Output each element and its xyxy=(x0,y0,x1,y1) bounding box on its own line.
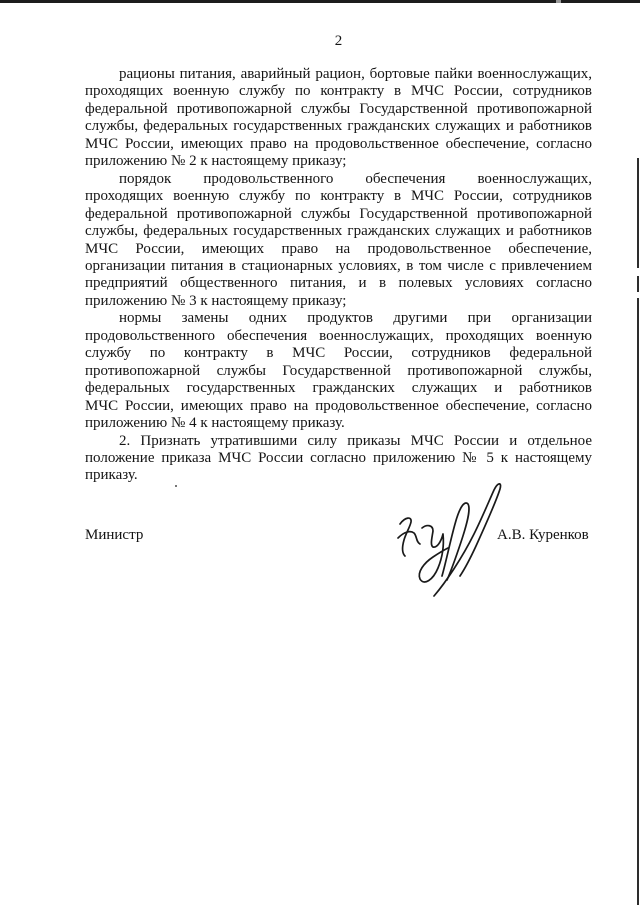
text-line: МЧС России, имеющих право на продовольст… xyxy=(85,136,592,153)
page-number: 2 xyxy=(85,33,592,50)
text-line: проходящих военную службу по контракту в… xyxy=(85,83,592,100)
text-line: службы, федеральных государственных граж… xyxy=(85,223,592,240)
text-line: продовольственного обеспечения военнослу… xyxy=(85,328,592,345)
scan-artifact-speck xyxy=(175,485,177,487)
text-line: организации питания в стационарных услов… xyxy=(85,258,592,275)
text-line: нормы замены одних продуктов другими при… xyxy=(85,310,592,327)
scanned-document-page: 2 рационы питания, аварийный рацион, бор… xyxy=(0,0,640,905)
text-line: приказу. xyxy=(85,467,592,484)
scan-artifact-top-edge xyxy=(0,0,640,3)
paragraph: нормы замены одних продуктов другими при… xyxy=(85,310,592,432)
text-line: службы, федеральных государственных граж… xyxy=(85,118,592,135)
text-line: федеральных государственных гражданских … xyxy=(85,380,592,397)
text-line: федеральной противопожарной службы Госуд… xyxy=(85,206,592,223)
text-line: приложению № 4 к настоящему приказу. xyxy=(85,415,592,432)
scan-artifact-gap xyxy=(636,268,640,276)
handwritten-signature-icon xyxy=(386,476,508,603)
text-line: порядок продовольственного обеспечения в… xyxy=(85,171,592,188)
text-line: службу по контракту в МЧС России, сотруд… xyxy=(85,345,592,362)
text-line: приложению № 2 к настоящему приказу; xyxy=(85,153,592,170)
text-line: приложению № 3 к настоящему приказу; xyxy=(85,293,592,310)
text-line: противопожарной службы Государственной п… xyxy=(85,363,592,380)
paragraph: рационы питания, аварийный рацион, борто… xyxy=(85,66,592,171)
paragraph: порядок продовольственного обеспечения в… xyxy=(85,171,592,311)
text-line: предприятий общественного питания, и в п… xyxy=(85,275,592,292)
signatory-title: Министр xyxy=(85,527,143,544)
document-body: рационы питания, аварийный рацион, борто… xyxy=(85,66,592,485)
text-line: МЧС России, имеющих право на продовольст… xyxy=(85,241,592,258)
text-line: федеральной противопожарной службы Госуд… xyxy=(85,101,592,118)
signatory-name: А.В. Куренков xyxy=(497,527,589,544)
text-line: 2. Признать утратившими силу приказы МЧС… xyxy=(85,433,592,450)
text-line: положение приказа МЧС России согласно пр… xyxy=(85,450,592,467)
text-line: МЧС России, имеющих право на продовольст… xyxy=(85,398,592,415)
paragraph: 2. Признать утратившими силу приказы МЧС… xyxy=(85,433,592,485)
scan-artifact-gap xyxy=(636,292,640,298)
text-line: проходящих военную службу по контракту в… xyxy=(85,188,592,205)
text-line: рационы питания, аварийный рацион, борто… xyxy=(85,66,592,83)
